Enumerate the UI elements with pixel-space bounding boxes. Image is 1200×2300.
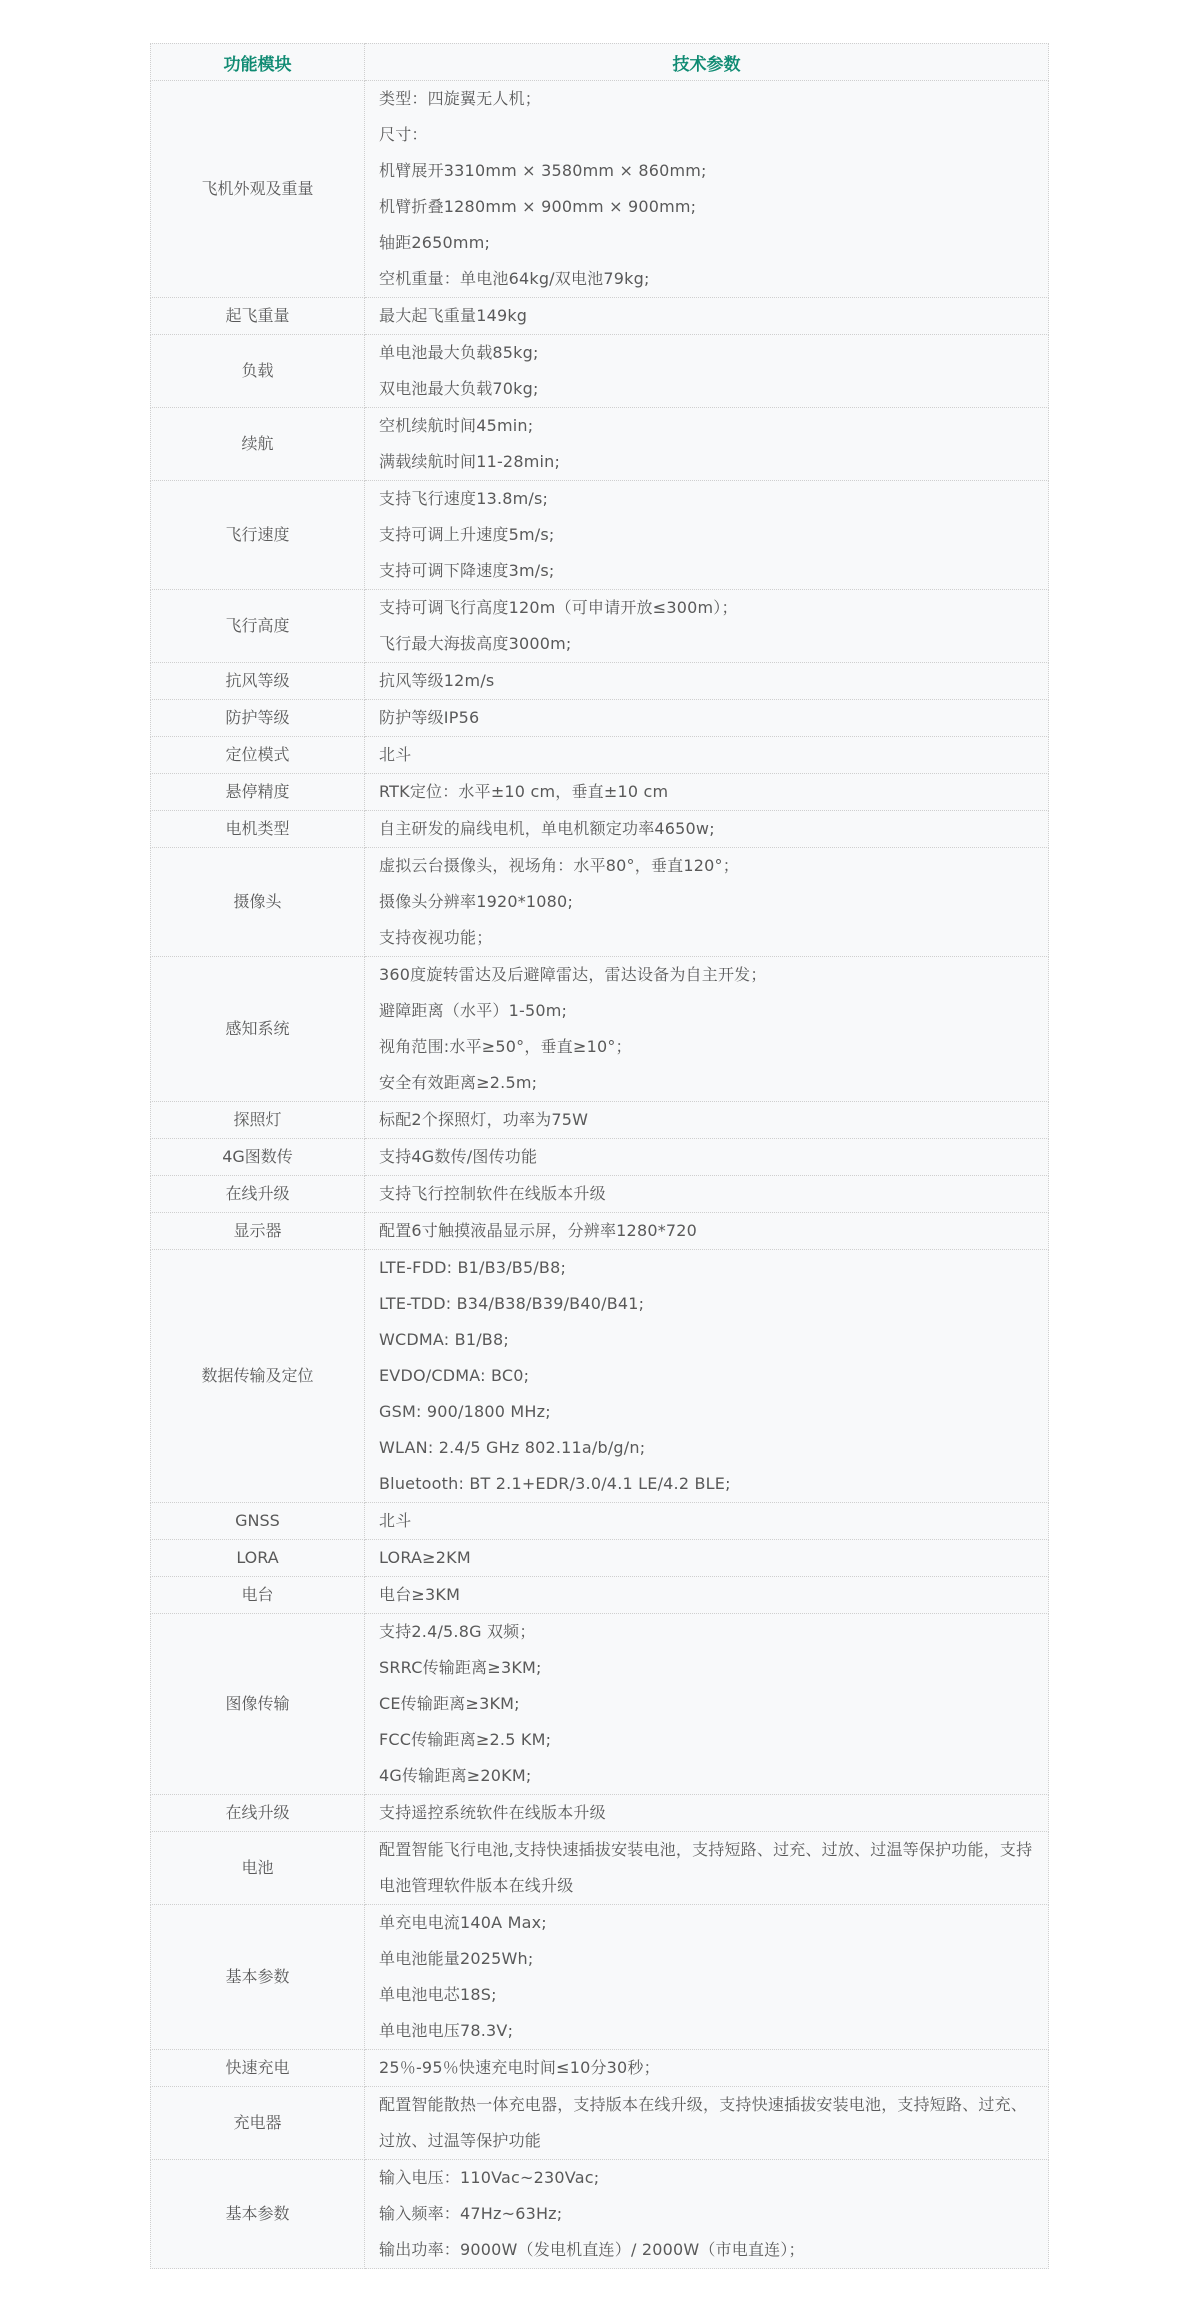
- param-line: 摄像头分辨率1920*1080;: [379, 884, 1034, 920]
- table-row: 感知系统 360度旋转雷达及后避障雷达，雷达设备为自主开发； 避障距离（水平）1…: [151, 957, 1049, 1102]
- table-row: 在线升级 支持遥控系统软件在线版本升级: [151, 1795, 1049, 1832]
- params-cell: 电台≥3KM: [365, 1577, 1049, 1614]
- module-cell: 飞行速度: [151, 481, 365, 590]
- param-line: 支持遥控系统软件在线版本升级: [379, 1795, 1034, 1831]
- module-cell: 4G图数传: [151, 1139, 365, 1176]
- param-line: 支持可调飞行高度120m（可申请开放≤300m）；: [379, 590, 1034, 626]
- params-cell: 25％-95％快速充电时间≤10分30秒；: [365, 2050, 1049, 2087]
- param-line: 最大起飞重量149kg: [379, 298, 1034, 334]
- params-cell: 360度旋转雷达及后避障雷达，雷达设备为自主开发； 避障距离（水平）1-50m;…: [365, 957, 1049, 1102]
- param-line: CE传输距离≥3KM;: [379, 1686, 1034, 1722]
- table-row: 充电器 配置智能散热一体充电器，支持版本在线升级，支持快速插拔安装电池，支持短路…: [151, 2087, 1049, 2160]
- table-row: 快速充电 25％-95％快速充电时间≤10分30秒；: [151, 2050, 1049, 2087]
- table-row: LORA LORA≥2KM: [151, 1540, 1049, 1577]
- param-line: 输出功率：9000W（发电机直连）/ 2000W（市电直连）；: [379, 2232, 1034, 2268]
- table-row: 显示器 配置6寸触摸液晶显示屏，分辨率1280*720: [151, 1213, 1049, 1250]
- module-cell: 基本参数: [151, 1905, 365, 2050]
- param-line: 单电池电压78.3V;: [379, 2013, 1034, 2049]
- table-row: 探照灯 标配2个探照灯，功率为75W: [151, 1102, 1049, 1139]
- param-line: 防护等级IP56: [379, 700, 1034, 736]
- module-cell: 快速充电: [151, 2050, 365, 2087]
- module-cell: 抗风等级: [151, 663, 365, 700]
- params-cell: 配置智能散热一体充电器，支持版本在线升级，支持快速插拔安装电池，支持短路、过充、…: [365, 2087, 1049, 2160]
- module-cell: 防护等级: [151, 700, 365, 737]
- param-line: 机臂展开3310mm × 3580mm × 860mm;: [379, 153, 1034, 189]
- param-line: 单电池能量2025Wh;: [379, 1941, 1034, 1977]
- param-line: GSM: 900/1800 MHz;: [379, 1394, 1034, 1430]
- params-cell: 防护等级IP56: [365, 700, 1049, 737]
- table-row: 摄像头 虚拟云台摄像头，视场角：水平80°，垂直120°； 摄像头分辨率1920…: [151, 848, 1049, 957]
- table-row: GNSS 北斗: [151, 1503, 1049, 1540]
- module-cell: 充电器: [151, 2087, 365, 2160]
- params-cell: 支持飞行速度13.8m/s; 支持可调上升速度5m/s; 支持可调下降速度3m/…: [365, 481, 1049, 590]
- table-row: 电机类型 自主研发的扁线电机，单电机额定功率4650w;: [151, 811, 1049, 848]
- module-cell: 飞行高度: [151, 590, 365, 663]
- param-line: LTE-FDD: B1/B3/B5/B8;: [379, 1250, 1034, 1286]
- module-cell: 图像传输: [151, 1614, 365, 1795]
- params-column-header: 技术参数: [365, 44, 1049, 81]
- param-line: EVDO/CDMA: BC0;: [379, 1358, 1034, 1394]
- param-line: 25％-95％快速充电时间≤10分30秒；: [379, 2050, 1034, 2086]
- module-cell: 续航: [151, 408, 365, 481]
- param-line: 抗风等级12m/s: [379, 663, 1034, 699]
- param-line: 轴距2650mm;: [379, 225, 1034, 261]
- param-line: 输入电压：110Vac~230Vac;: [379, 2160, 1034, 2196]
- param-line: 避障距离（水平）1-50m;: [379, 993, 1034, 1029]
- table-row: 基本参数 单充电电流140A Max; 单电池能量2025Wh; 单电池电芯18…: [151, 1905, 1049, 2050]
- params-cell: LTE-FDD: B1/B3/B5/B8; LTE-TDD: B34/B38/B…: [365, 1250, 1049, 1503]
- param-line: 支持2.4/5.8G 双频；: [379, 1614, 1034, 1650]
- table-row: 负载 单电池最大负载85kg; 双电池最大负载70kg;: [151, 335, 1049, 408]
- param-line: 配置智能飞行电池,支持快速插拔安装电池，支持短路、过充、过放、过温等保护功能，支…: [379, 1832, 1034, 1904]
- module-cell: 电机类型: [151, 811, 365, 848]
- table-row: 数据传输及定位 LTE-FDD: B1/B3/B5/B8; LTE-TDD: B…: [151, 1250, 1049, 1503]
- param-line: 支持夜视功能；: [379, 920, 1034, 956]
- spec-table-container: 功能模块 技术参数 飞机外观及重量 类型：四旋翼无人机； 尺寸： 机臂展开331…: [150, 43, 1048, 2269]
- params-cell: 单充电电流140A Max; 单电池能量2025Wh; 单电池电芯18S; 单电…: [365, 1905, 1049, 2050]
- table-row: 起飞重量 最大起飞重量149kg: [151, 298, 1049, 335]
- params-cell: 北斗: [365, 737, 1049, 774]
- params-cell: 最大起飞重量149kg: [365, 298, 1049, 335]
- param-line: 支持可调上升速度5m/s;: [379, 517, 1034, 553]
- params-cell: LORA≥2KM: [365, 1540, 1049, 1577]
- param-line: Bluetooth: BT 2.1+EDR/3.0/4.1 LE/4.2 BLE…: [379, 1466, 1034, 1502]
- module-cell: 悬停精度: [151, 774, 365, 811]
- table-row: 抗风等级 抗风等级12m/s: [151, 663, 1049, 700]
- param-line: LTE-TDD: B34/B38/B39/B40/B41;: [379, 1286, 1034, 1322]
- module-cell: 基本参数: [151, 2160, 365, 2269]
- params-cell: 支持可调飞行高度120m（可申请开放≤300m）； 飞行最大海拔高度3000m;: [365, 590, 1049, 663]
- param-line: 视角范围:水平≥50°，垂直≥10°；: [379, 1029, 1034, 1065]
- table-row: 防护等级 防护等级IP56: [151, 700, 1049, 737]
- table-header-row: 功能模块 技术参数: [151, 44, 1049, 81]
- module-cell: 飞机外观及重量: [151, 81, 365, 298]
- spec-table: 功能模块 技术参数 飞机外观及重量 类型：四旋翼无人机； 尺寸： 机臂展开331…: [150, 43, 1049, 2269]
- param-line: 北斗: [379, 1503, 1034, 1539]
- params-cell: 配置6寸触摸液晶显示屏，分辨率1280*720: [365, 1213, 1049, 1250]
- param-line: 空机重量：单电池64kg/双电池79kg;: [379, 261, 1034, 297]
- param-line: 北斗: [379, 737, 1034, 773]
- module-cell: 感知系统: [151, 957, 365, 1102]
- params-cell: 配置智能飞行电池,支持快速插拔安装电池，支持短路、过充、过放、过温等保护功能，支…: [365, 1832, 1049, 1905]
- param-line: 单电池电芯18S;: [379, 1977, 1034, 2013]
- module-cell: 电台: [151, 1577, 365, 1614]
- module-cell: 数据传输及定位: [151, 1250, 365, 1503]
- param-line: 双电池最大负载70kg;: [379, 371, 1034, 407]
- param-line: WLAN: 2.4/5 GHz 802.11a/b/g/n;: [379, 1430, 1034, 1466]
- module-cell: 起飞重量: [151, 298, 365, 335]
- param-line: 4G传输距离≥20KM;: [379, 1758, 1034, 1794]
- param-line: 支持飞行控制软件在线版本升级: [379, 1176, 1034, 1212]
- params-cell: 支持2.4/5.8G 双频； SRRC传输距离≥3KM; CE传输距离≥3KM;…: [365, 1614, 1049, 1795]
- params-cell: 标配2个探照灯，功率为75W: [365, 1102, 1049, 1139]
- module-cell: 摄像头: [151, 848, 365, 957]
- param-line: SRRC传输距离≥3KM;: [379, 1650, 1034, 1686]
- table-row: 在线升级 支持飞行控制软件在线版本升级: [151, 1176, 1049, 1213]
- module-column-header: 功能模块: [151, 44, 365, 81]
- param-line: 电台≥3KM: [379, 1577, 1034, 1613]
- table-row: 基本参数 输入电压：110Vac~230Vac; 输入频率：47Hz~63Hz;…: [151, 2160, 1049, 2269]
- module-cell: 探照灯: [151, 1102, 365, 1139]
- table-row: 4G图数传 支持4G数传/图传功能: [151, 1139, 1049, 1176]
- params-cell: 支持遥控系统软件在线版本升级: [365, 1795, 1049, 1832]
- params-cell: 支持飞行控制软件在线版本升级: [365, 1176, 1049, 1213]
- table-row: 电台 电台≥3KM: [151, 1577, 1049, 1614]
- param-line: 满载续航时间11-28min;: [379, 444, 1034, 480]
- params-cell: 类型：四旋翼无人机； 尺寸： 机臂展开3310mm × 3580mm × 860…: [365, 81, 1049, 298]
- params-cell: 支持4G数传/图传功能: [365, 1139, 1049, 1176]
- param-line: 自主研发的扁线电机，单电机额定功率4650w;: [379, 811, 1034, 847]
- param-line: 配置智能散热一体充电器，支持版本在线升级，支持快速插拔安装电池，支持短路、过充、…: [379, 2087, 1034, 2159]
- param-line: 支持可调下降速度3m/s;: [379, 553, 1034, 589]
- param-line: FCC传输距离≥2.5 KM;: [379, 1722, 1034, 1758]
- table-row: 定位模式 北斗: [151, 737, 1049, 774]
- param-line: 配置6寸触摸液晶显示屏，分辨率1280*720: [379, 1213, 1034, 1249]
- module-cell: GNSS: [151, 1503, 365, 1540]
- table-row: 飞行高度 支持可调飞行高度120m（可申请开放≤300m）； 飞行最大海拔高度3…: [151, 590, 1049, 663]
- table-row: 电池 配置智能飞行电池,支持快速插拔安装电池，支持短路、过充、过放、过温等保护功…: [151, 1832, 1049, 1905]
- module-cell: 负载: [151, 335, 365, 408]
- table-row: 飞行速度 支持飞行速度13.8m/s; 支持可调上升速度5m/s; 支持可调下降…: [151, 481, 1049, 590]
- module-cell: 在线升级: [151, 1176, 365, 1213]
- param-line: 安全有效距离≥2.5m;: [379, 1065, 1034, 1101]
- param-line: 类型：四旋翼无人机；: [379, 81, 1034, 117]
- params-cell: 北斗: [365, 1503, 1049, 1540]
- param-line: 机臂折叠1280mm × 900mm × 900mm;: [379, 189, 1034, 225]
- param-line: WCDMA: B1/B8;: [379, 1322, 1034, 1358]
- param-line: 尺寸：: [379, 117, 1034, 153]
- param-line: LORA≥2KM: [379, 1540, 1034, 1576]
- module-cell: 在线升级: [151, 1795, 365, 1832]
- params-cell: 自主研发的扁线电机，单电机额定功率4650w;: [365, 811, 1049, 848]
- table-row: 悬停精度 RTK定位：水平±10 cm，垂直±10 cm: [151, 774, 1049, 811]
- table-row: 图像传输 支持2.4/5.8G 双频； SRRC传输距离≥3KM; CE传输距离…: [151, 1614, 1049, 1795]
- params-cell: 空机续航时间45min; 满载续航时间11-28min;: [365, 408, 1049, 481]
- param-line: 虚拟云台摄像头，视场角：水平80°，垂直120°；: [379, 848, 1034, 884]
- param-line: 输入频率：47Hz~63Hz;: [379, 2196, 1034, 2232]
- params-cell: 虚拟云台摄像头，视场角：水平80°，垂直120°； 摄像头分辨率1920*108…: [365, 848, 1049, 957]
- module-cell: 显示器: [151, 1213, 365, 1250]
- table-row: 飞机外观及重量 类型：四旋翼无人机； 尺寸： 机臂展开3310mm × 3580…: [151, 81, 1049, 298]
- params-cell: 单电池最大负载85kg; 双电池最大负载70kg;: [365, 335, 1049, 408]
- params-cell: 抗风等级12m/s: [365, 663, 1049, 700]
- param-line: 支持飞行速度13.8m/s;: [379, 481, 1034, 517]
- module-cell: 定位模式: [151, 737, 365, 774]
- param-line: 单电池最大负载85kg;: [379, 335, 1034, 371]
- param-line: 支持4G数传/图传功能: [379, 1139, 1034, 1175]
- params-cell: RTK定位：水平±10 cm，垂直±10 cm: [365, 774, 1049, 811]
- module-cell: LORA: [151, 1540, 365, 1577]
- params-cell: 输入电压：110Vac~230Vac; 输入频率：47Hz~63Hz; 输出功率…: [365, 2160, 1049, 2269]
- module-cell: 电池: [151, 1832, 365, 1905]
- param-line: 360度旋转雷达及后避障雷达，雷达设备为自主开发；: [379, 957, 1034, 993]
- param-line: 空机续航时间45min;: [379, 408, 1034, 444]
- table-row: 续航 空机续航时间45min; 满载续航时间11-28min;: [151, 408, 1049, 481]
- param-line: 飞行最大海拔高度3000m;: [379, 626, 1034, 662]
- param-line: 标配2个探照灯，功率为75W: [379, 1102, 1034, 1138]
- param-line: RTK定位：水平±10 cm，垂直±10 cm: [379, 774, 1034, 810]
- param-line: 单充电电流140A Max;: [379, 1905, 1034, 1941]
